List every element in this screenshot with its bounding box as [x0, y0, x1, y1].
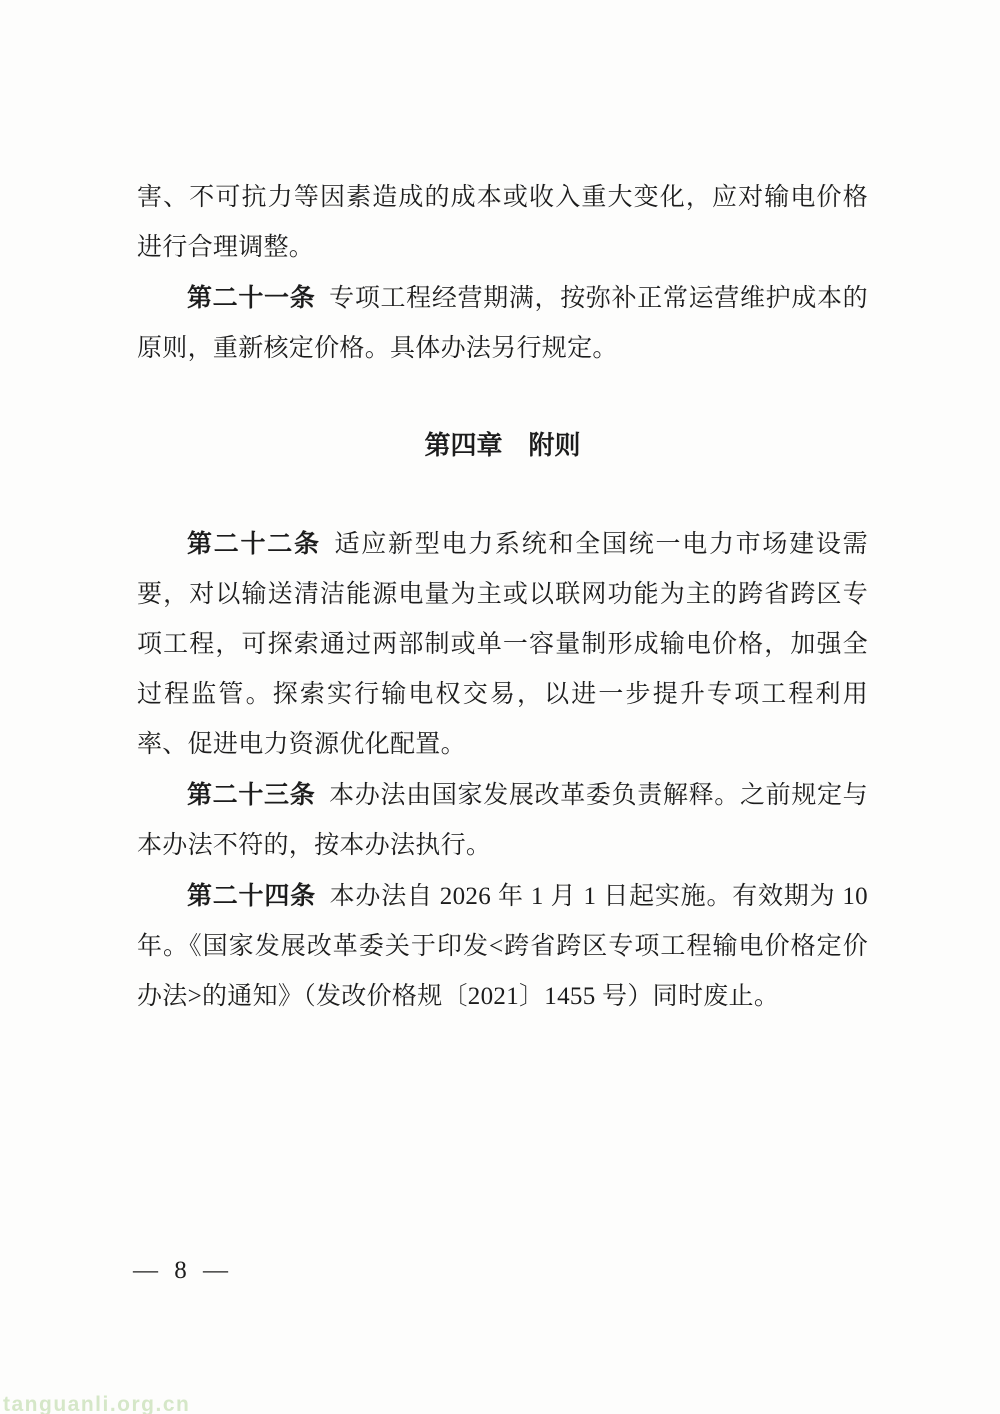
article-22-text: 适应新型电力系统和全国统一电力市场建设需要，对以输送清洁能源电量为主或以联网功能…: [137, 531, 868, 758]
article-22-label: 第二十二条: [187, 530, 321, 558]
chapter-heading: 第四章 附则: [137, 420, 868, 470]
article-24-label: 第二十四条: [187, 882, 316, 910]
paragraph-article-23: 第二十三条本办法由国家发展改革委负责解释。之前规定与本办法不符的，按本办法执行。: [137, 770, 868, 871]
watermark: tanguanli.org.cn: [3, 1393, 190, 1414]
page-number: — 8 —: [133, 1253, 230, 1289]
paragraph-article-24: 第二十四条本办法自 2026 年 1 月 1 日起实施。有效期为 10 年。《国…: [137, 871, 868, 1022]
paragraph-continued: 害、不可抗力等因素造成的成本或收入重大变化，应对输电价格进行合理调整。: [137, 173, 868, 273]
paragraph-article-22: 第二十二条适应新型电力系统和全国统一电力市场建设需要，对以输送清洁能源电量为主或…: [137, 519, 868, 770]
document-page: 害、不可抗力等因素造成的成本或收入重大变化，应对输电价格进行合理调整。 第二十一…: [0, 0, 1000, 1414]
paragraph-article-21: 第二十一条专项工程经营期满，按弥补正常运营维护成本的原则，重新核定价格。具体办法…: [137, 273, 868, 374]
article-23-label: 第二十三条: [187, 781, 315, 809]
article-21-label: 第二十一条: [187, 284, 315, 312]
document-body: 害、不可抗力等因素造成的成本或收入重大变化，应对输电价格进行合理调整。 第二十一…: [137, 173, 868, 1022]
